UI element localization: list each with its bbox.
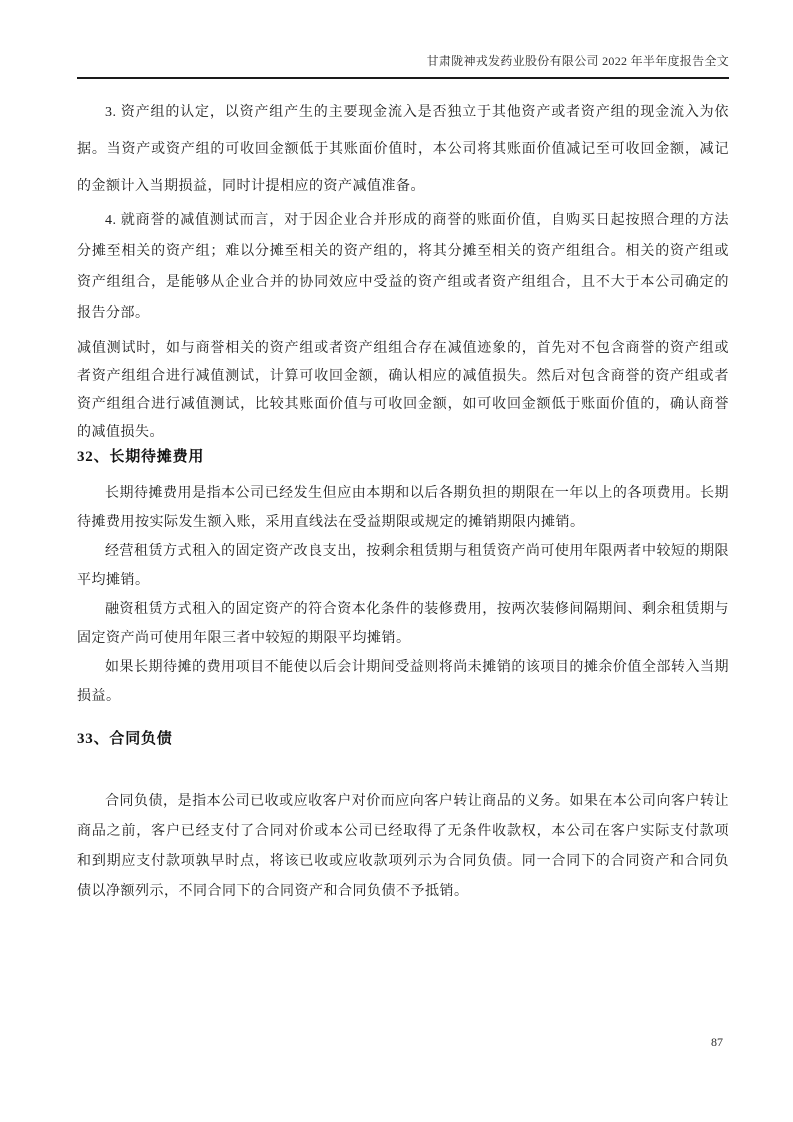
page-content: 3. 资产组的认定，以资产组产生的主要现金流入是否独立于其他资产或者资产组的现金… [77,94,729,907]
paragraph-asset-group-recognition: 3. 资产组的认定，以资产组产生的主要现金流入是否独立于其他资产或者资产组的现金… [77,94,729,205]
page-number: 87 [711,1035,723,1049]
paragraph-operating-lease-improvement: 经营租赁方式租入的固定资产改良支出，按剩余租赁期与租赁资产尚可使用年限两者中较短… [77,537,729,595]
paragraph-deferred-expenses-writeoff: 如果长期待摊的费用项目不能使以后会计期间受益则将尚未摊销的该项目的摊余价值全部转… [77,653,729,711]
header-title: 甘肃陇神戎发药业股份有限公司 2022 年半年度报告全文 [427,54,729,68]
page-footer: 87 [711,1035,723,1050]
paragraph-deferred-expenses-definition: 长期待摊费用是指本公司已经发生但应由本期和以后各期负担的期限在一年以上的各项费用… [77,479,729,537]
paragraph-goodwill-impairment-testing: 减值测试时，如与商誉相关的资产组或者资产组组合存在减值迹象的，首先对不包含商誉的… [77,335,729,447]
page-header: 甘肃陇神戎发药业股份有限公司 2022 年半年度报告全文 [77,0,729,79]
report-page: 甘肃陇神戎发药业股份有限公司 2022 年半年度报告全文 3. 资产组的认定，以… [0,0,793,1122]
paragraph-finance-lease-decoration: 融资租赁方式租入的固定资产的符合资本化条件的装修费用，按两次装修间隔期间、剩余租… [77,595,729,653]
paragraph-contract-liabilities-definition: 合同负债，是指本公司已收或应收客户对价而应向客户转让商品的义务。如果在本公司向客… [77,787,729,907]
section-heading-long-term-deferred-expenses: 32、长期待摊费用 [77,447,729,467]
section-heading-contract-liabilities: 33、合同负债 [77,729,729,749]
paragraph-goodwill-impairment-allocation: 4. 就商誉的减值测试而言，对于因企业合并形成的商誉的账面价值，自购买日起按照合… [77,205,729,329]
